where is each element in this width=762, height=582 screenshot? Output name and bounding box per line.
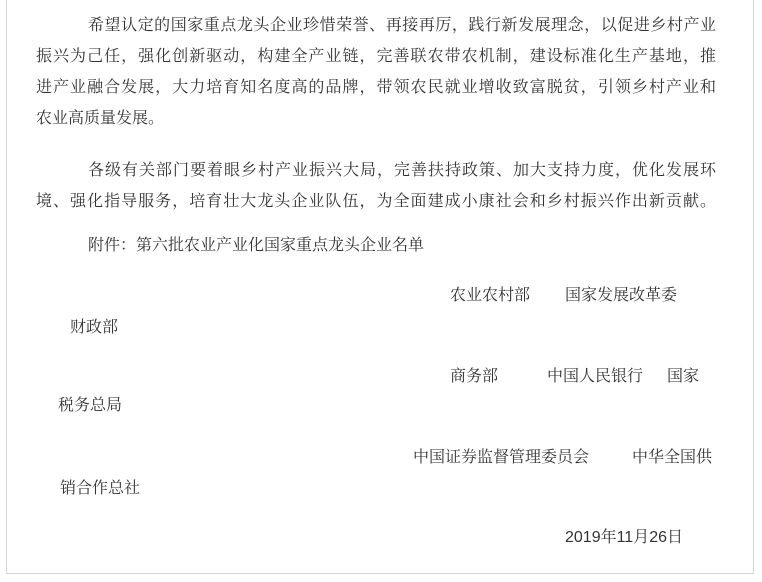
signature-sta-part1: 国家: [667, 368, 699, 386]
text-line: 各级有关部门要着眼乡村产业振兴大局，完善扶持政策、加大支持力度，优化发展环: [36, 155, 716, 186]
text-line: 农业高质量发展。: [36, 103, 716, 134]
text-line: 附件：第六批农业产业化国家重点龙头企业名单: [36, 230, 716, 261]
attachment-note: 附件：第六批农业产业化国家重点龙头企业名单: [36, 230, 716, 261]
text-line: 振兴为己任，强化创新驱动，构建全产业链，完善联农带农机制，建设标准化生产基地，推: [36, 41, 716, 72]
signature-mofcom: 商务部: [450, 368, 498, 386]
signature-moa: 农业农村部: [450, 287, 530, 305]
paragraph-hope: 希望认定的国家重点龙头企业珍惜荣誉、再接再厉，践行新发展理念，以促进乡村产业 振…: [36, 10, 716, 134]
signature-pboc: 中国人民银行: [547, 368, 643, 386]
signature-csrc: 中国证券监督管理委员会: [413, 449, 589, 467]
document-body: 希望认定的国家重点龙头企业珍惜荣誉、再接再厉，践行新发展理念，以促进乡村产业 振…: [36, 10, 716, 261]
signature-acfsmc-part2: 销合作总社: [60, 480, 140, 498]
text-line: 境、强化指导服务，培育壮大龙头企业队伍，为全面建成小康社会和乡村振兴作出新贡献。: [36, 186, 716, 217]
text-line: 进产业融合发展，大力培育知名度高的品牌，带领农民就业增收致富脱贫，引领乡村产业和: [36, 72, 716, 103]
signature-sta-part2: 税务总局: [58, 397, 122, 415]
signature-mof: 财政部: [70, 319, 118, 337]
signature-acfsmc-part1: 中华全国供: [632, 449, 712, 467]
document-page: 希望认定的国家重点龙头企业珍惜荣誉、再接再厉，践行新发展理念，以促进乡村产业 振…: [0, 0, 762, 582]
signature-ndrc: 国家发展改革委: [565, 287, 677, 305]
paragraph-departments: 各级有关部门要着眼乡村产业振兴大局，完善扶持政策、加大支持力度，优化发展环 境、…: [36, 155, 716, 217]
document-date: 2019年11月26日: [565, 529, 683, 547]
text-line: 希望认定的国家重点龙头企业珍惜荣誉、再接再厉，践行新发展理念，以促进乡村产业: [36, 10, 716, 41]
